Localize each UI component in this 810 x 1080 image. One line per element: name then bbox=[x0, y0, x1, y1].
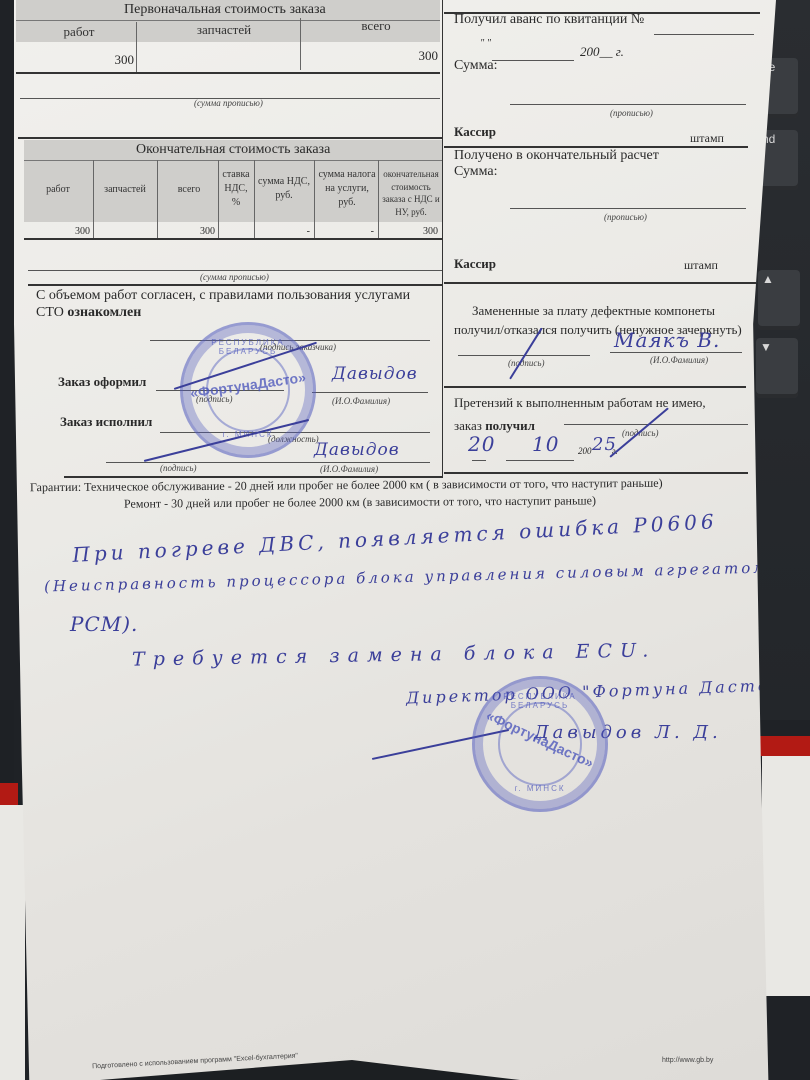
final-payment-sum-label: Сумма: bbox=[454, 164, 498, 180]
col-header: ставка НДС, % bbox=[219, 168, 253, 210]
agreement-text-line1: С объемом работ согласен, с правилами по… bbox=[36, 288, 410, 304]
note-line4: Требуется замена блока ECU. bbox=[132, 639, 657, 670]
keyboard-key-arrow-down: ▼ bbox=[756, 338, 798, 398]
claims-date-month: 10 bbox=[532, 432, 559, 456]
arrow-up-icon: ▲ bbox=[762, 272, 774, 286]
final-cost-works: 300 bbox=[24, 226, 90, 237]
final-sum-words-line bbox=[510, 208, 746, 209]
desk-red-strip bbox=[0, 783, 18, 805]
divider bbox=[314, 160, 315, 238]
receipt-number-field bbox=[654, 34, 754, 35]
replaced-parts-name-handwritten: Маякъ В. bbox=[614, 328, 720, 352]
desk-red-strip bbox=[755, 736, 810, 756]
claims-received-prefix: заказ bbox=[454, 418, 482, 433]
claims-signature-line bbox=[564, 424, 748, 425]
amount-words-caption: (сумма прописью) bbox=[200, 272, 269, 282]
col-header: работ bbox=[24, 24, 134, 40]
divider bbox=[18, 137, 442, 139]
footer-url: http://www.gb.by bbox=[662, 1057, 713, 1064]
divider bbox=[444, 472, 748, 474]
final-cost-title: Окончательная стоимость заказа bbox=[136, 142, 330, 158]
divider bbox=[136, 22, 137, 72]
claims-received-bold: получил bbox=[485, 418, 535, 433]
claims-month-line bbox=[506, 460, 574, 461]
final-cost-vat-sum: - bbox=[254, 226, 310, 237]
amount-words-line bbox=[28, 270, 442, 271]
advance-words-caption: (прописью) bbox=[610, 108, 653, 118]
keyboard-key-arrow-up: ▲ bbox=[758, 270, 800, 330]
stamp-ring-top-text: РЕСПУБЛИКА БЕЛАРУСЬ bbox=[183, 338, 313, 356]
advance-receipt-label: Получил аванс по квитанции № bbox=[454, 12, 644, 28]
order-created-name-line bbox=[312, 392, 428, 393]
final-cashier-label: Кассир bbox=[454, 256, 496, 272]
divider bbox=[444, 282, 760, 284]
work-order-document: Первоначальная стоимость заказа работ за… bbox=[14, 0, 776, 1080]
col-header: сумма НДС, руб. bbox=[254, 175, 314, 203]
advance-stamp-label: штамп bbox=[690, 131, 724, 146]
col-header: всего bbox=[314, 18, 438, 34]
claims-date-day: 20 bbox=[468, 432, 495, 456]
advance-sum-label: Сумма: bbox=[454, 58, 498, 74]
agreement-prefix: СТО bbox=[36, 305, 64, 320]
col-header: работ bbox=[24, 183, 92, 197]
initial-cost-total: 300 bbox=[314, 48, 438, 64]
order-done-name-handwritten: Давыдов bbox=[314, 440, 400, 460]
initial-cost-works: 300 bbox=[54, 52, 134, 68]
order-created-name-caption: (И.О.Фамилия) bbox=[332, 396, 390, 406]
order-done-label: Заказ исполнил bbox=[60, 414, 152, 430]
order-done-name-caption: (И.О.Фамилия) bbox=[320, 464, 378, 474]
initial-cost-title: Первоначальная стоимость заказа bbox=[124, 2, 326, 18]
signature-stroke bbox=[609, 407, 669, 457]
divider bbox=[218, 160, 219, 238]
note-line2: (Неисправность процессора блока управлен… bbox=[44, 559, 769, 596]
col-header: запчастей bbox=[139, 22, 309, 38]
divider bbox=[24, 160, 442, 161]
claims-day-line bbox=[472, 460, 486, 461]
col-header: сумма налога на услуги, руб. bbox=[316, 168, 378, 210]
divider bbox=[157, 160, 158, 238]
divider bbox=[16, 72, 440, 74]
desk-white-surface bbox=[0, 805, 25, 1080]
stamp-ring-bottom-text: г. МИНСК bbox=[475, 784, 605, 793]
final-words-caption: (прописью) bbox=[604, 212, 647, 222]
final-stamp-label: штамп bbox=[684, 258, 718, 273]
replaced-parts-name-line bbox=[610, 352, 742, 353]
final-cost-grand-total: 300 bbox=[380, 226, 438, 237]
agreement-acquainted: ознакомлен bbox=[67, 305, 141, 320]
advance-sum-words-line bbox=[510, 104, 746, 105]
stamp-ring-top-text: РЕСПУБЛИКА БЕЛАРУСЬ bbox=[475, 692, 605, 710]
amount-words-caption: (сумма прописью) bbox=[194, 98, 263, 108]
divider bbox=[28, 284, 442, 286]
note-line3: PCM). bbox=[70, 612, 138, 636]
advance-year: 200__ г. bbox=[580, 44, 624, 60]
desk-white-surface bbox=[762, 756, 810, 996]
claims-date-year-prefix: 200 bbox=[578, 446, 592, 456]
column-divider bbox=[442, 0, 443, 478]
company-stamp: РЕСПУБЛИКА БЕЛАРУСЬ «ФортунаДасто» г. МИ… bbox=[472, 676, 608, 812]
col-header: запчастей bbox=[94, 183, 156, 197]
col-header: всего bbox=[159, 183, 219, 197]
note-line1: При погреве ДВС, появляется ошибка P0606 bbox=[72, 509, 718, 567]
order-created-name-handwritten: Давыдов bbox=[332, 364, 418, 384]
desk-dark-corner bbox=[0, 700, 14, 783]
arrow-down-icon: ▼ bbox=[760, 340, 772, 354]
final-payment-label: Получено в окончательный расчет bbox=[454, 148, 659, 164]
replaced-parts-name-caption: (И.О.Фамилия) bbox=[650, 355, 708, 365]
advance-date-quote: " " bbox=[480, 38, 491, 49]
divider bbox=[300, 18, 301, 70]
order-done-sig-caption: (подпись) bbox=[160, 463, 197, 473]
advance-cashier-label: Кассир bbox=[454, 124, 496, 140]
divider bbox=[93, 160, 94, 238]
replaced-parts-sig-caption: (подпись) bbox=[508, 358, 545, 368]
order-created-label: Заказ оформил bbox=[58, 374, 146, 390]
order-done-signature-line bbox=[106, 462, 430, 463]
warranty-line2: Ремонт - 30 дней или пробег не более 200… bbox=[124, 493, 596, 511]
company-stamp: РЕСПУБЛИКА БЕЛАРУСЬ «ФортунаДасто» г. МИ… bbox=[180, 322, 316, 458]
agreement-text-line2: СТО ознакомлен bbox=[36, 305, 141, 321]
col-header: окончательная стоимость заказа с НДС и Н… bbox=[380, 168, 442, 218]
replaced-parts-text-line1: Замененные за плату дефектные компонеты bbox=[472, 303, 715, 319]
final-cost-total: 300 bbox=[159, 226, 215, 237]
divider bbox=[378, 160, 379, 238]
warranty-line1: Гарантии: Техническое обслуживание - 20 … bbox=[30, 476, 663, 495]
divider bbox=[444, 386, 746, 388]
final-cost-service-tax: - bbox=[316, 226, 374, 237]
advance-date-field bbox=[492, 60, 574, 61]
divider bbox=[24, 238, 442, 240]
